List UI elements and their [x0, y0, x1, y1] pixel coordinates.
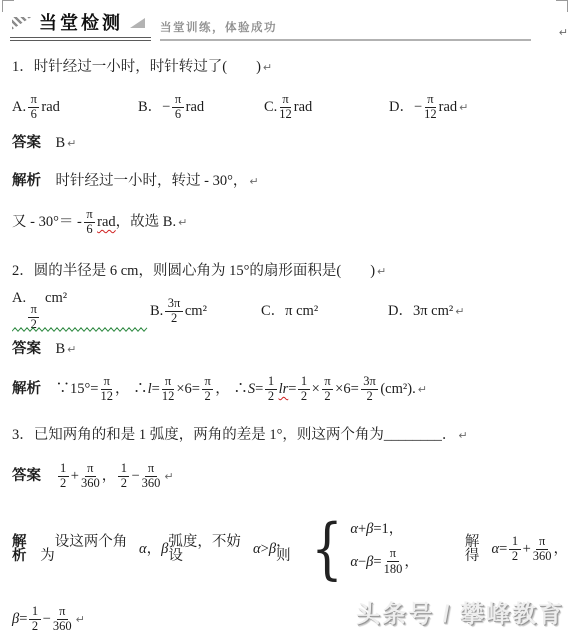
paragraph-mark: ↵: [377, 265, 386, 278]
paragraph-mark: ↵: [249, 175, 258, 188]
paragraph-mark: ↵: [455, 306, 464, 317]
fraction: 12: [265, 375, 276, 404]
q1-analysis-line2: 又 - 30°＝ - π6 rad，故选 B.↵: [12, 205, 568, 239]
q1-analysis-line1: 解析 时针经过一小时，转过 - 30°，↵: [12, 171, 568, 192]
paragraph-mark: ↵: [458, 429, 467, 442]
paragraph-mark: ↵: [164, 471, 173, 482]
q1-option-d: D．−π12 rad↵: [389, 93, 568, 122]
q2-analysis: 解析 ∵15°=π12， ∴l=π12×6=π2， ∴S=12lr=12×π2×…: [12, 371, 568, 407]
q1-option-a: A.π6 rad: [12, 93, 138, 122]
paragraph-mark: ↵: [559, 26, 568, 39]
fraction: π360: [81, 462, 100, 491]
q1-options: A.π6 rad B．−π6 rad C.π12 rad D．−π12 rad↵: [12, 89, 568, 125]
fraction: π2: [322, 375, 333, 404]
section-header: 当堂检测 当堂训练，体验成功 ↵: [10, 14, 568, 41]
q3-stem: 3．已知两角的和是 1 弧度，两角的差是 1°，则这两个角为________．↵: [12, 425, 568, 446]
q1-answer: 答案 B↵: [12, 133, 568, 154]
section-subtitle: 当堂训练，体验成功: [160, 23, 277, 35]
fraction: 3π2: [165, 297, 183, 326]
section-title: 当堂检测: [39, 14, 123, 32]
fraction: 12: [509, 535, 520, 564]
fraction: π6: [28, 93, 39, 122]
fraction: π12: [424, 93, 437, 122]
q2-option-c: C．π cm²: [261, 304, 388, 319]
red-squiggle-text: rad: [97, 215, 116, 230]
solid-triangle-icon: [130, 18, 145, 28]
section-title-block: 当堂检测: [10, 14, 151, 41]
paragraph-mark: ↵: [76, 614, 85, 625]
watermark: 头条号 / 攀峰教育: [356, 594, 564, 629]
fraction: 12: [58, 462, 69, 491]
fraction: π12: [100, 375, 113, 404]
equation-system: α+β=1， α−β=π180，: [350, 522, 418, 577]
document-page: 当堂检测 当堂训练，体验成功 ↵ 1．时针经过一小时，时针转过了( )↵ A.π…: [0, 0, 580, 635]
q2-option-b: B.3π2 cm²: [150, 297, 261, 326]
q2-option-d: D．3π cm²↵: [388, 304, 568, 319]
q2-options: A.π2 cm² B.3π2 cm² C．π cm² D．3π cm²↵: [12, 291, 568, 329]
q3-answer: 答案 12+π360，12−π360↵: [12, 458, 568, 494]
paragraph-mark: ↵: [178, 217, 187, 228]
text-boundary-corner-top-left: [2, 0, 14, 12]
q1-option-b: B．−π6 rad: [138, 93, 264, 122]
paragraph-mark: ↵: [418, 384, 427, 395]
fraction: π2: [202, 375, 213, 404]
fraction: 12: [298, 375, 309, 404]
green-squiggle-underline: [12, 327, 149, 332]
fraction: 12: [29, 605, 40, 634]
fraction: π6: [84, 208, 95, 237]
paragraph-mark: ↵: [67, 343, 76, 356]
q3-solution: 解得 α=12+π360，: [465, 535, 568, 564]
fraction: π12: [279, 93, 292, 122]
paragraph-mark: ↵: [67, 137, 76, 150]
fraction: π180: [384, 547, 403, 576]
system-brace: {: [312, 519, 344, 578]
section-subtitle-rule: 当堂训练，体验成功: [160, 23, 531, 42]
q1-stem: 1．时针经过一小时，时针转过了( )↵: [12, 57, 568, 78]
striped-triangle-icon: [12, 17, 32, 30]
paragraph-mark: ↵: [459, 102, 468, 113]
q2-answer: 答案 B↵: [12, 339, 568, 360]
fraction: π360: [533, 535, 552, 564]
q3-analysis: 解析 设这两个角为 α，β 弧度，不妨设 α>β，则 { α+β=1， α−β=…: [12, 503, 568, 595]
red-squiggle-text: lr: [279, 382, 289, 397]
q1-option-c: C.π12 rad: [264, 93, 389, 122]
q2-option-a-text: A.π2 cm²: [12, 291, 67, 332]
system-equation-2: α−β=π180，: [350, 547, 418, 576]
paragraph-mark: ↵: [263, 61, 272, 74]
fraction: π12: [162, 375, 175, 404]
fraction: π6: [172, 93, 183, 122]
fraction: π360: [142, 462, 161, 491]
q2-stem: 2．圆的半径是 6 cm，则圆心角为 15°的扇形面积是( )↵: [12, 261, 568, 282]
fraction: 3π2: [361, 375, 379, 404]
fraction: π360: [53, 605, 72, 634]
system-equation-1: α+β=1，: [350, 522, 418, 537]
q2-option-a: A.π2 cm²: [12, 291, 150, 332]
text-boundary-corner-top-right: [556, 0, 568, 12]
q3-analysis-intro: 解析 设这两个角为 α，β 弧度，不妨设 α>β，则: [12, 535, 304, 564]
fraction: 12: [118, 462, 129, 491]
